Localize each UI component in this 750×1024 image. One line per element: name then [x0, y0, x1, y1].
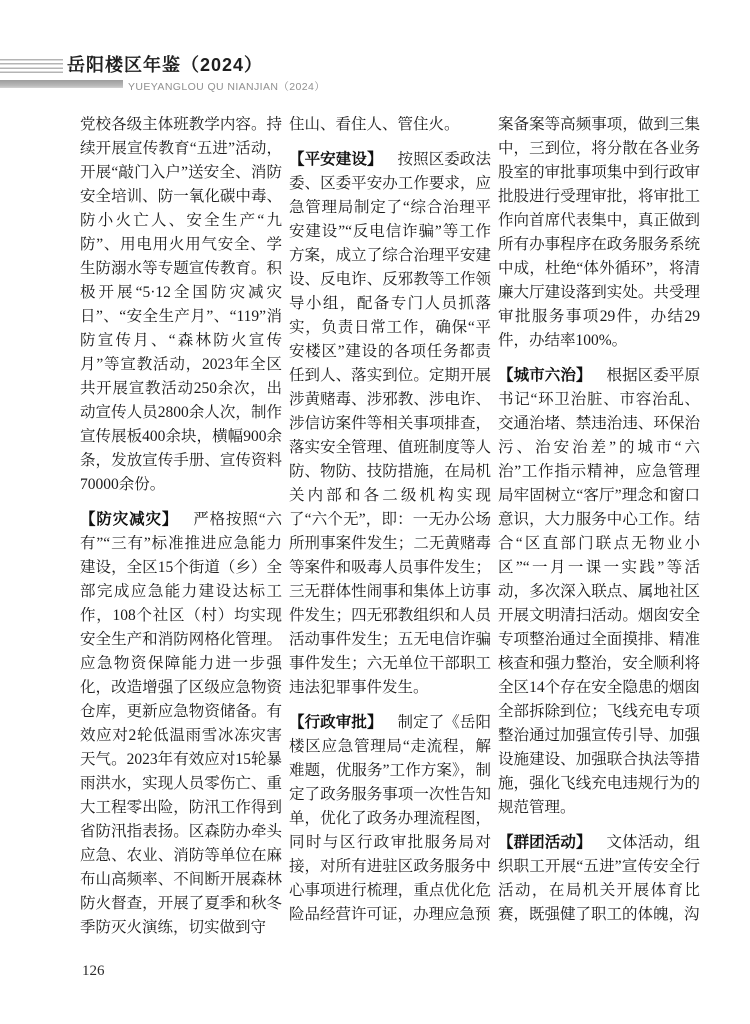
section-administrative-approval: 【行政审批】制定了《岳阳楼区应急管理局“走流程，解难题，优服务”工作方案》，制定… [289, 711, 491, 927]
yearbook-page: 岳阳楼区年鉴（2024） YUEYANGLOU QU NIANJIAN（2024… [0, 0, 750, 1024]
section-city-six-governance: 【城市六治】根据区委平原书记“环卫治脏、市容治乱、交通治堵、禁违治违、环保治污、… [498, 364, 700, 820]
section-heading: 【防灾减灾】 [80, 511, 193, 528]
paragraph-text: 住山、看住人、管住火。 [289, 116, 460, 133]
paragraph-text: 制定了《岳阳楼区应急管理局“走流程，解难题，优服务”工作方案》，制定了政务服务事… [289, 714, 491, 923]
section-heading: 【行政审批】 [289, 714, 398, 731]
page-content: 党校各级主体班教学内容。持续开展宣传教育“五进”活动，开展“敲门入户”送安全、消… [80, 113, 700, 940]
paragraph-text: 严格按照“六有”“三有”标准推进应急能力建设，全区15个街道（乡）全部完成应急能… [80, 511, 282, 936]
section-peace-building: 【平安建设】按照区委政法委、区委平安办工作要求，应急管理局制定了“综合治理平安建… [289, 148, 491, 700]
header-bar-decoration [0, 80, 123, 88]
page-number: 126 [82, 963, 105, 980]
paragraph-continued: 党校各级主体班教学内容。持续开展宣传教育“五进”活动，开展“敲门入户”送安全、消… [80, 113, 282, 497]
text-column-3: 案备案等高频事项，做到三集中，三到位，将分散在各业务股室的审批事项集中到行政审批… [498, 113, 700, 940]
section-disaster-reduction: 【防灾减灾】严格按照“六有”“三有”标准推进应急能力建设，全区15个街道（乡）全… [80, 508, 282, 940]
section-heading: 【群团活动】 [498, 834, 607, 851]
section-heading: 【城市六治】 [498, 367, 607, 384]
paragraph-text: 案备案等高频事项，做到三集中，三到位，将分散在各业务股室的审批事项集中到行政审批… [498, 116, 700, 349]
paragraph-continued: 住山、看住人、管住火。 [289, 113, 491, 137]
page-subtitle: YUEYANGLOU QU NIANJIAN（2024） [128, 79, 325, 94]
text-column-2: 住山、看住人、管住火。 【平安建设】按照区委政法委、区委平安办工作要求，应急管理… [289, 113, 491, 940]
paragraph-text: 根据区委平原书记“环卫治脏、市容治乱、交通治堵、禁违治违、环保治污、治安治差”的… [498, 367, 700, 816]
section-group-activities: 【群团活动】文体活动，组织职工开展“五进”宣传安全行活动，在局机关开展体育比赛，… [498, 831, 700, 927]
text-column-1: 党校各级主体班教学内容。持续开展宣传教育“五进”活动，开展“敲门入户”送安全、消… [80, 113, 282, 940]
section-heading: 【平安建设】 [289, 151, 398, 168]
page-title: 岳阳楼区年鉴（2024） [67, 51, 263, 77]
paragraph-text: 党校各级主体班教学内容。持续开展宣传教育“五进”活动，开展“敲门入户”送安全、消… [80, 116, 282, 493]
paragraph-text: 按照区委政法委、区委平安办工作要求，应急管理局制定了“综合治理平安建设”“反电信… [289, 151, 491, 696]
paragraph-continued: 案备案等高频事项，做到三集中，三到位，将分散在各业务股室的审批事项集中到行政审批… [498, 113, 700, 353]
header-stripes-decoration [0, 59, 63, 76]
